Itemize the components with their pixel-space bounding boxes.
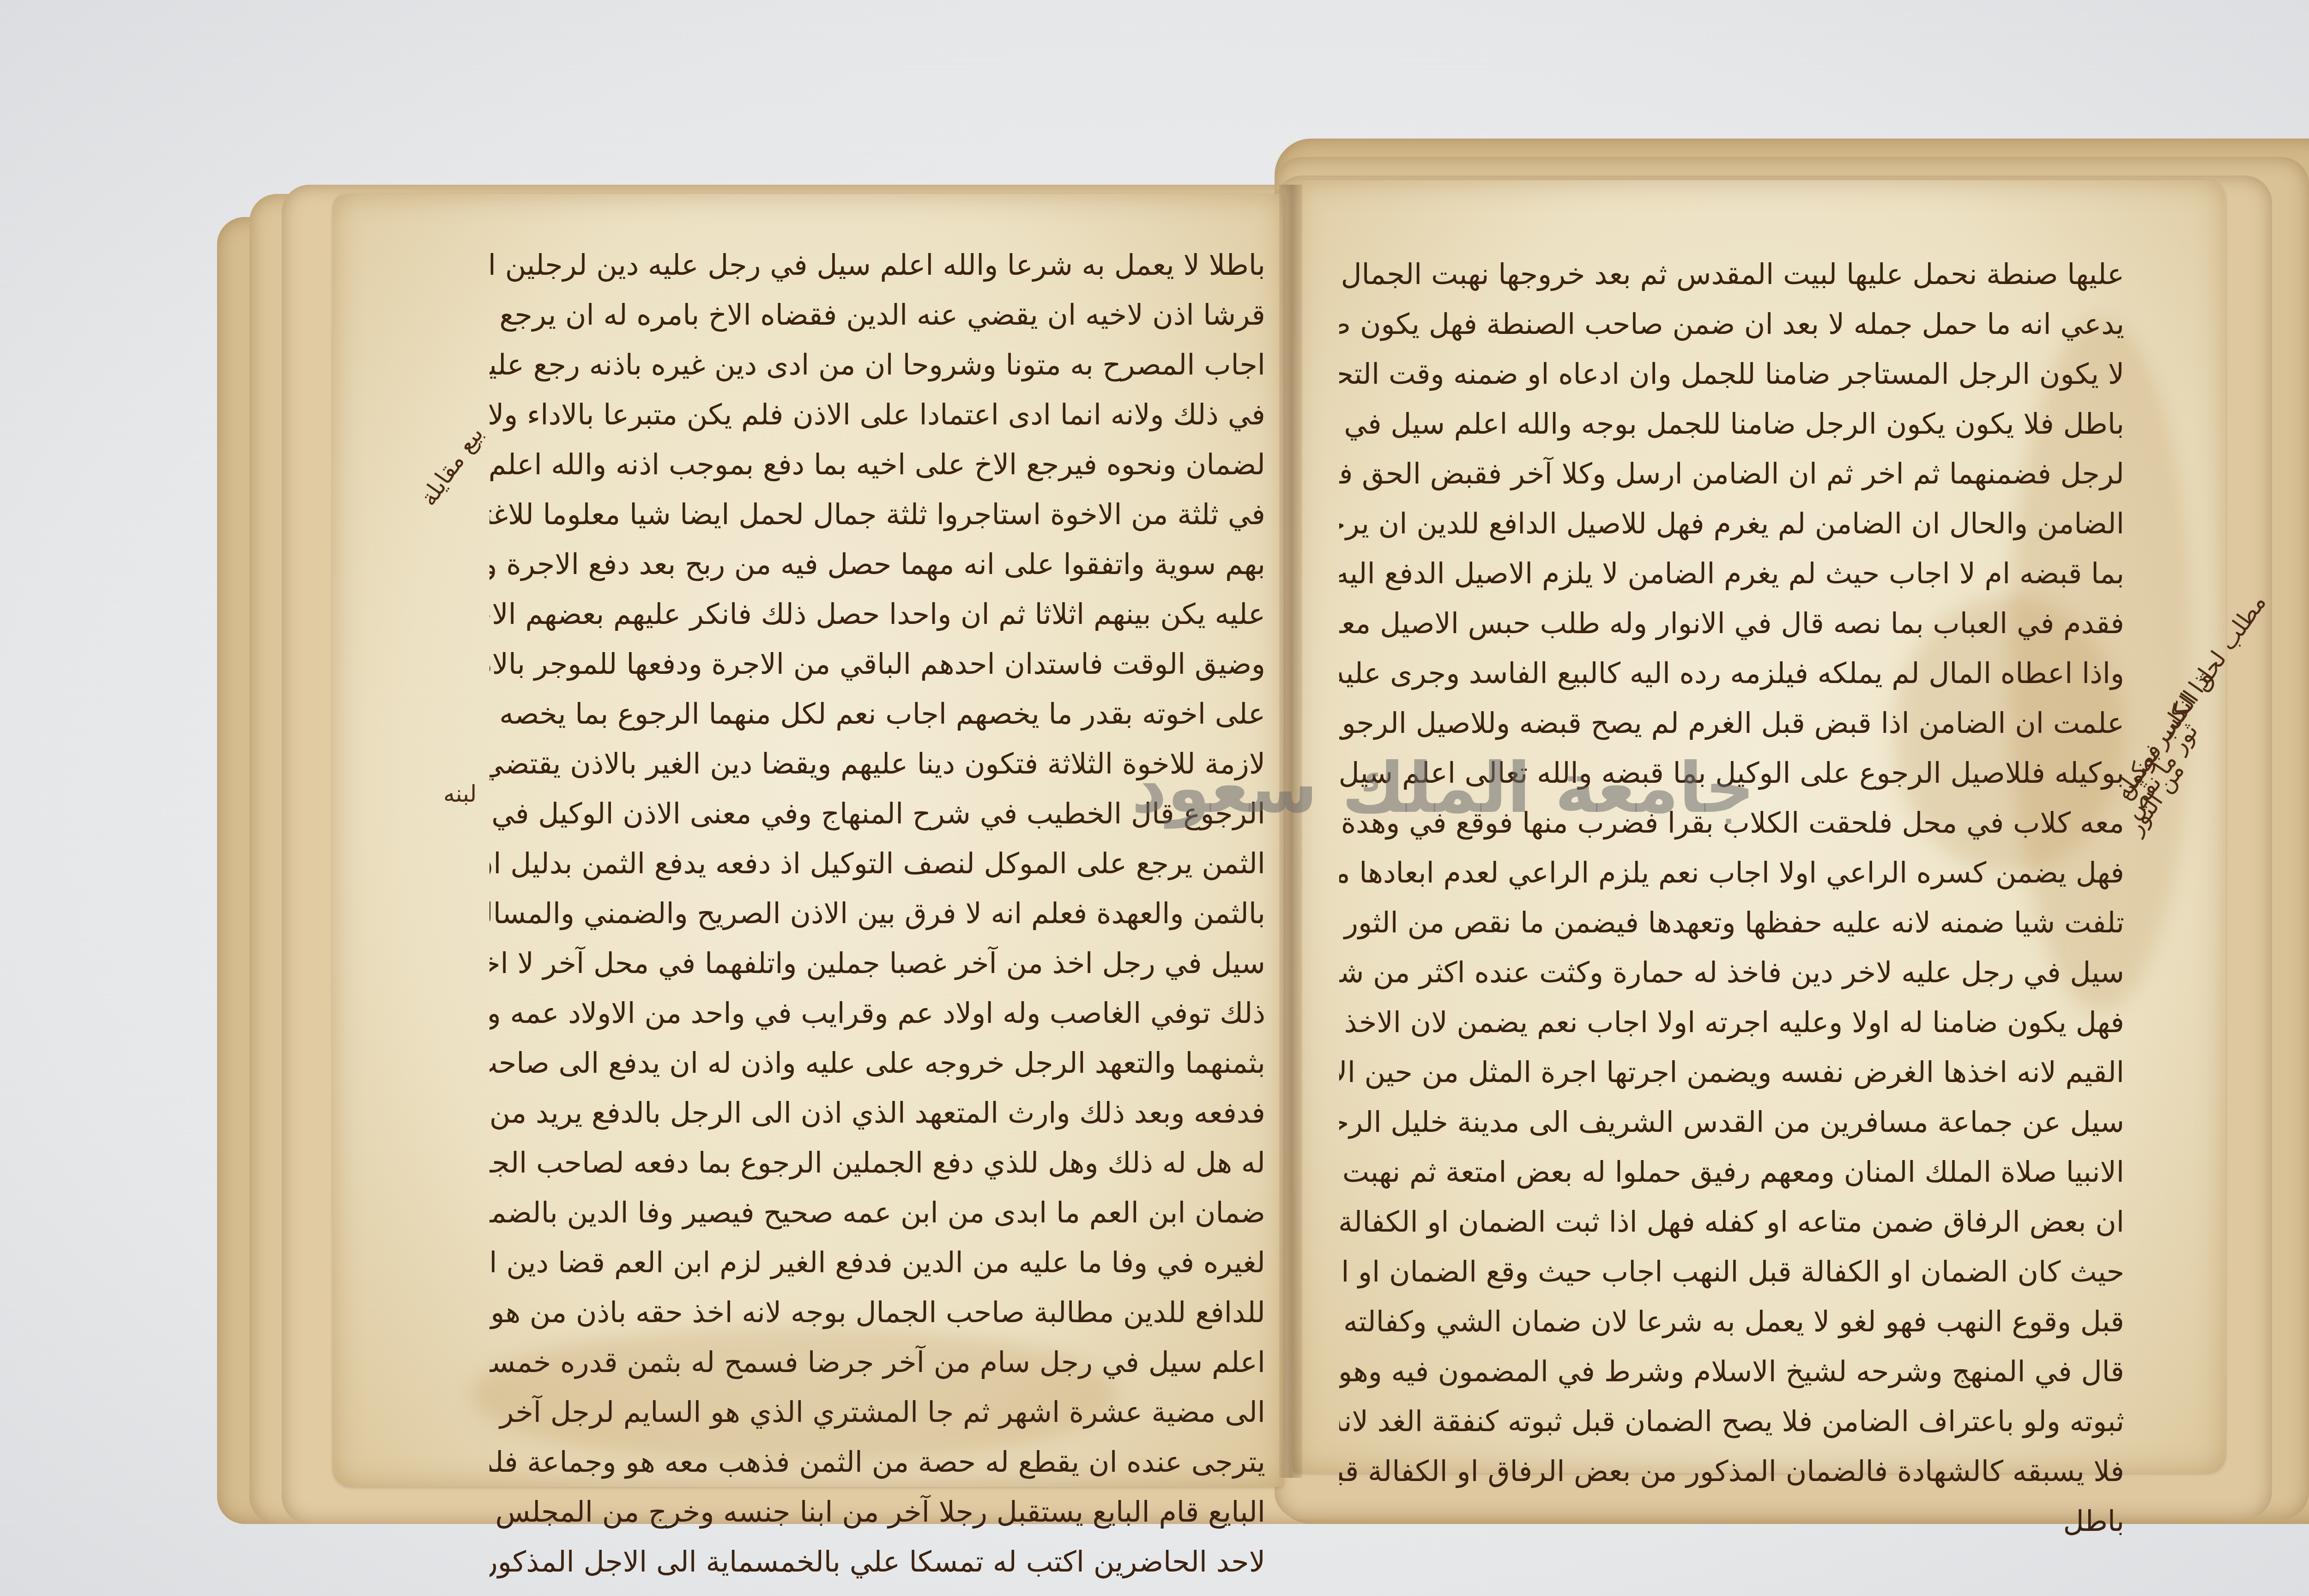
manuscript-line: الانبيا صلاة الملك المنان ومعهم رفيق حمل… <box>1339 1147 2124 1197</box>
manuscript-line: يترجى عنده ان يقطع له حصة من الثمن فذهب … <box>490 1437 1265 1487</box>
manuscript-line: سيل في رجل اخذ من آخر غصبا جملين واتلفهم… <box>490 938 1265 988</box>
manuscript-line: الثمن يرجع على الموكل لنصف التوكيل اذ دف… <box>490 839 1265 889</box>
manuscript-line: اعلم سيل في رجل سام من آخر جرضا فسمح له … <box>490 1337 1265 1387</box>
manuscript-line: تلفت شيا ضمنه لانه عليه حفظها وتعهدها في… <box>1339 898 2124 948</box>
book-gutter <box>1279 185 1302 1478</box>
manuscript-line: ضمان ابن العم ما ابدى من ابن عمه صحيح في… <box>490 1188 1265 1238</box>
manuscript-line: ان بعض الرفاق ضمن متاعه او كفله فهل اذا … <box>1339 1197 2124 1247</box>
manuscript-line: فلا يسبقه كالشهادة فالضمان المذكور من بع… <box>1339 1446 2124 1496</box>
manuscript-line: عليه يكن بينهم اثلاثا ثم ان واحدا حصل ذل… <box>490 589 1265 639</box>
manuscript-line: بالثمن والعهدة فعلم انه لا فرق بين الاذن… <box>490 889 1265 938</box>
manuscript-line: لرجل فضمنهما ثم اخر ثم ان الضامن ارسل وك… <box>1339 449 2124 499</box>
manuscript-line: واذا اعطاه المال لم يملكه فيلزمه رده الي… <box>1339 648 2124 698</box>
manuscript-line: قال في المنهج وشرحه لشيخ الاسلام وشرط في… <box>1339 1347 2124 1396</box>
margin-note: لبنه <box>443 780 477 807</box>
manuscript-line: في ذلك ولانه انما ادى اعتمادا على الاذن … <box>490 390 1265 440</box>
manuscript-line: القيم لانه اخذها الغرض نفسه ويضمن اجرتها… <box>1339 1047 2124 1097</box>
manuscript-line: سيل في رجل عليه لاخر دين فاخذ له حمارة و… <box>1339 948 2124 997</box>
manuscript-line: عليها صنطة نحمل عليها لبيت المقدس ثم بعد… <box>1339 249 2124 299</box>
manuscript-line: باطل <box>1339 1496 2124 1546</box>
manuscript-line: له هل له ذلك وهل للذي دفع الجملين الرجوع… <box>490 1138 1265 1188</box>
manuscript-line: علمت ان الضامن اذا قبض قبل الغرم لم يصح … <box>1339 698 2124 748</box>
manuscript-line: سيل عن جماعة مسافرين من القدس الشريف الى… <box>1339 1097 2124 1147</box>
manuscript-line: حيث كان الضمان او الكفالة قبل النهب اجاب… <box>1339 1247 2124 1297</box>
manuscript-line: الضامن والحال ان الضامن لم يغرم فهل للاص… <box>1339 499 2124 549</box>
manuscript-line: على اخوته بقدر ما يخصهم اجاب نعم لكل منه… <box>490 689 1265 739</box>
university-watermark: جامعة الملك سعود <box>1131 748 1755 828</box>
manuscript-line: باطلا لا يعمل به شرعا والله اعلم سيل في … <box>490 240 1265 290</box>
manuscript-line: بهم سوية واتفقوا على انه مهما حصل فيه من… <box>490 539 1265 589</box>
manuscript-line: فهل يكون ضامنا له اولا وعليه اجرته اولا … <box>1339 997 2124 1047</box>
manuscript-line: قبل وقوع النهب فهو لغو لا يعمل به شرعا ل… <box>1339 1297 2124 1347</box>
manuscript-line: باطل فلا يكون يكون الرجل ضامنا للجمل بوج… <box>1339 399 2124 449</box>
manuscript-line: ثبوته ولو باعتراف الضامن فلا يصح الضمان … <box>1339 1396 2124 1446</box>
left-page-text: باطلا لا يعمل به شرعا والله اعلم سيل في … <box>490 240 1265 1587</box>
manuscript-line: فهل يضمن كسره الراعي اولا اجاب نعم يلزم … <box>1339 848 2124 898</box>
manuscript-line: لاحد الحاضرين اكتب له تمسكا علي بالخمسما… <box>490 1537 1265 1587</box>
manuscript-line: وضيق الوقت فاستدان احدهم الباقي من الاجر… <box>490 639 1265 689</box>
manuscript-line: ذلك توفي الغاصب وله اولاد عم وقرايب في و… <box>490 988 1265 1038</box>
manuscript-line: قرشا اذن لاخيه ان يقضي عنه الدين فقضاه ا… <box>490 290 1265 340</box>
manuscript-line: بثمنهما والتعهد الرجل خروجه على عليه واذ… <box>490 1038 1265 1088</box>
manuscript-line: في ثلثة من الاخوة استاجروا ثلثة جمال لحم… <box>490 490 1265 539</box>
manuscript-line: لا يكون الرجل المستاجر ضامنا للجمل وان ا… <box>1339 349 2124 399</box>
manuscript-line: فقدم في العباب بما نصه قال في الانوار ول… <box>1339 598 2124 648</box>
manuscript-line: البايع قام البايع يستقبل رجلا آخر من ابن… <box>490 1487 1265 1537</box>
manuscript-line: للدافع للدين مطالبة صاحب الجمال بوجه لان… <box>490 1288 1265 1337</box>
manuscript-line: الى مضية عشرة اشهر ثم جا المشتري الذي هو… <box>490 1387 1265 1437</box>
right-page-text: عليها صنطة نحمل عليها لبيت المقدس ثم بعد… <box>1339 249 2124 1546</box>
manuscript-line: لضمان ونحوه فيرجع الاخ على اخيه بما دفع … <box>490 440 1265 490</box>
manuscript-line: لغيره في وفا ما عليه من الدين فدفع الغير… <box>490 1238 1265 1288</box>
manuscript-line: بما قبضه ام لا اجاب حيث لم يغرم الضامن ل… <box>1339 549 2124 598</box>
manuscript-line: يدعي انه ما حمل جمله لا بعد ان ضمن صاحب … <box>1339 299 2124 349</box>
manuscript-line: اجاب المصرح به متونا وشروحا ان من ادى دي… <box>490 340 1265 390</box>
manuscript-line: فدفعه وبعد ذلك وارث المتعهد الذي اذن الى… <box>490 1088 1265 1138</box>
